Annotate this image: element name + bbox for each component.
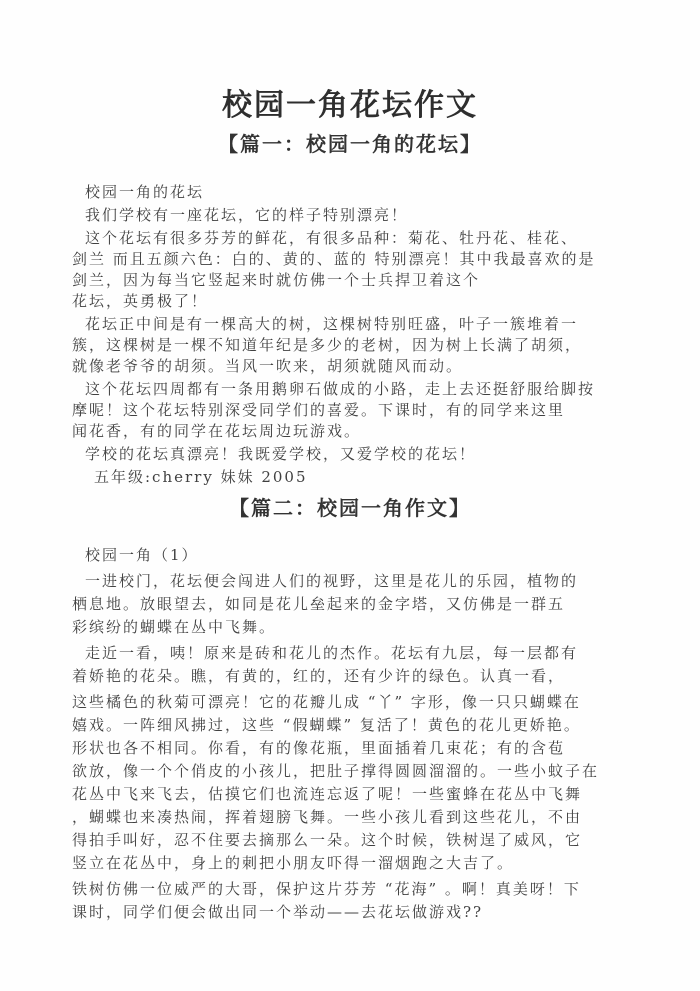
text-line: 花坛，英勇极了！ (72, 291, 628, 312)
paragraph: 校园一角（1） (72, 544, 628, 567)
paragraph: 花坛正中间是有一棵高大的树，这棵树特别旺盛，叶子一簇堆着一 簇，这棵树是一棵不知… (72, 314, 628, 377)
text-line: 花坛正中间是有一棵高大的树，这棵树特别旺盛，叶子一簇堆着一 (72, 314, 628, 335)
byline: 五年级:cherry 妹妹 2005 (72, 467, 628, 488)
text-line: 这个花坛四周都有一条用鹅卵石做成的小路，走上去还挺舒服给脚按 (72, 379, 628, 400)
text-line: 闻花香，有的同学在花坛周边玩游戏。 (72, 421, 628, 442)
paragraph: 这些橘色的秋菊可漂亮！它的花瓣儿成 “丫” 字形，像一只只蝴蝶在 嬉戏。一阵细风… (72, 691, 628, 875)
section-1-heading: 【篇一：校园一角的花坛】 (0, 130, 700, 158)
text-line: 校园一角（1） (72, 544, 628, 567)
text-line: 课时，同学们便会做出同一个举动——去花坛做游戏?? (72, 901, 628, 924)
text-line: 竖立在花丛中，身上的刺把小朋友吓得一溜烟跑之大吉了。 (72, 852, 628, 875)
section-2-body: 校园一角（1） 一进校门，花坛便会闯进人们的视野，这里是花儿的乐园，植物的 栖息… (72, 544, 628, 924)
text-line: 这个花坛有很多芬芳的鲜花，有很多品种：菊花、牡丹花、桂花、 (72, 228, 628, 249)
section-2-heading: 【篇二：校园一角作文】 (0, 494, 700, 522)
paragraph: 校园一角的花坛 (72, 182, 628, 203)
document-title: 校园一角花坛作文 (0, 88, 700, 124)
paragraph: 五年级:cherry 妹妹 2005 (72, 467, 628, 488)
text-line: 嬉戏。一阵细风拂过，这些 “假蝴蝶” 复活了！黄色的花儿更娇艳。 (72, 714, 628, 737)
paragraph: 这个花坛四周都有一条用鹅卵石做成的小路，走上去还挺舒服给脚按 摩呢！这个花坛特别… (72, 379, 628, 442)
text-line: 走近一看，咦！原来是砖和花儿的杰作。花坛有九层，每一层都有 (72, 642, 628, 665)
text-line: 欲放，像一个个俏皮的小孩儿，把肚子撑得圆圆溜溜的。一些小蚊子在 (72, 760, 628, 783)
text-line: 铁树仿佛一位威严的大哥，保护这片芬芳 “花海” 。啊！真美呀！下 (72, 878, 628, 901)
text-line: 我们学校有一座花坛，它的样子特别漂亮！ (72, 205, 628, 226)
text-line: 形状也各不相同。你看，有的像花瓶，里面插着几束花；有的含苞 (72, 737, 628, 760)
text-line: 摩呢！这个花坛特别深受同学们的喜爱。下课时，有的同学来这里 (72, 400, 628, 421)
text-line: 花丛中飞来飞去，估摸它们也流连忘返了呢！一些蜜蜂在花丛中飞舞 (72, 783, 628, 806)
paragraph: 这个花坛有很多芬芳的鲜花，有很多品种：菊花、牡丹花、桂花、 剑兰 而且五颜六色：… (72, 228, 628, 312)
document-page: 校园一角花坛作文 【篇一：校园一角的花坛】 校园一角的花坛 我们学校有一座花坛，… (0, 0, 700, 991)
paragraph: 一进校门，花坛便会闯进人们的视野，这里是花儿的乐园，植物的 栖息地。放眼望去，如… (72, 570, 628, 639)
text-line: 彩缤纷的蝴蝶在丛中飞舞。 (72, 616, 628, 639)
text-line: 校园一角的花坛 (72, 182, 628, 203)
paragraph: 学校的花坛真漂亮！我既爱学校，又爱学校的花坛！ (72, 444, 628, 465)
text-line: 这些橘色的秋菊可漂亮！它的花瓣儿成 “丫” 字形，像一只只蝴蝶在 (72, 691, 628, 714)
text-line: 学校的花坛真漂亮！我既爱学校，又爱学校的花坛！ (72, 444, 628, 465)
text-line: 一进校门，花坛便会闯进人们的视野，这里是花儿的乐园，植物的 (72, 570, 628, 593)
text-line: 着娇艳的花朵。瞧，有黄的，红的，还有少许的绿色。认真一看， (72, 665, 628, 688)
text-line: 簇，这棵树是一棵不知道年纪是多少的老树，因为树上长满了胡须， (72, 335, 628, 356)
paragraph: 走近一看，咦！原来是砖和花儿的杰作。花坛有九层，每一层都有 着娇艳的花朵。瞧，有… (72, 642, 628, 688)
paragraph: 铁树仿佛一位威严的大哥，保护这片芬芳 “花海” 。啊！真美呀！下 课时，同学们便… (72, 878, 628, 924)
text-line: 剑兰，因为每当它竖起来时就仿佛一个士兵捍卫着这个 (72, 270, 628, 291)
text-line: 剑兰 而且五颜六色：白的、黄的、蓝的 特别漂亮！其中我最喜欢的是 (72, 249, 628, 270)
section-1-body: 校园一角的花坛 我们学校有一座花坛，它的样子特别漂亮！ 这个花坛有很多芬芳的鲜花… (72, 182, 628, 488)
text-line: 得拍手叫好，忍不住要去摘那么一朵。这个时候，铁树逞了威风，它 (72, 829, 628, 852)
text-line: 就像老爷爷的胡须。当风一吹来，胡须就随风而动。 (72, 356, 628, 377)
paragraph: 我们学校有一座花坛，它的样子特别漂亮！ (72, 205, 628, 226)
text-line: ，蝴蝶也来凑热闹，挥着翅膀飞舞。一些小孩儿看到这些花儿，不由 (72, 806, 628, 829)
text-line: 栖息地。放眼望去，如同是花儿垒起来的金字塔，又仿佛是一群五 (72, 593, 628, 616)
